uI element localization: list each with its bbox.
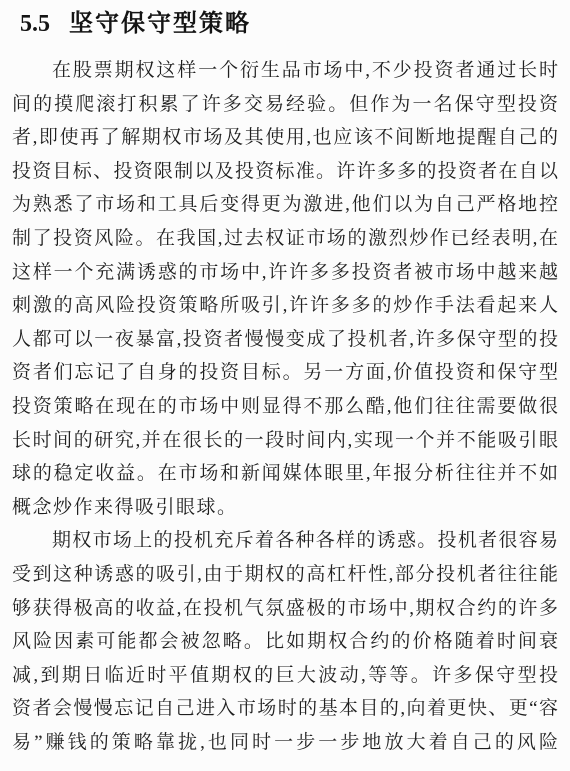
- text-line: 长时间的研究,并在很长的一段时间内,实现一个并不能吸引眼: [12, 424, 558, 458]
- section-title: 坚守保守型策略: [69, 10, 251, 37]
- text-line: 减,到期日临近时平值期权的巨大波动,等等。许多保守型投: [12, 659, 558, 693]
- paragraph: 在股票期权这样一个衍生品市场中,不少投资者通过长时间的摸爬滚打积累了许多交易经验…: [12, 54, 558, 524]
- text-line: 资者们忘记了自身的投资目标。另一方面,价值投资和保守型: [12, 356, 558, 390]
- text-line: 这样一个充满诱惑的市场中,许许多多投资者被市场中越来越: [12, 256, 558, 290]
- text-line: 够获得极高的收益,在投机气氛盛极的市场中,期权合约的许多: [12, 592, 558, 626]
- paragraph: 期权市场上的投机充斥着各种各样的诱惑。投机者很容易受到这种诱惑的吸引,由于期权的…: [12, 524, 558, 759]
- text-line: 在股票期权这样一个衍生品市场中,不少投资者通过长时: [12, 54, 558, 88]
- body-text: 在股票期权这样一个衍生品市场中,不少投资者通过长时间的摸爬滚打积累了许多交易经验…: [12, 54, 558, 759]
- section-number: 5.5: [20, 9, 50, 39]
- text-line: 人都可以一夜暴富,投资者慢慢变成了投机者,许多保守型的投: [12, 323, 558, 357]
- document-page: 5.5坚守保守型策略 在股票期权这样一个衍生品市场中,不少投资者通过长时间的摸爬…: [0, 0, 570, 771]
- text-line: 风险因素可能都会被忽略。比如期权合约的价格随着时间衰: [12, 625, 558, 659]
- section-heading: 5.5坚守保守型策略: [20, 9, 558, 39]
- text-line: 间的摸爬滚打积累了许多交易经验。但作为一名保守型投资: [12, 88, 558, 122]
- text-line: 易”赚钱的策略靠拢,也同时一步一步地放大着自己的风险: [12, 726, 558, 760]
- text-line: 概念炒作来得吸引眼球。: [12, 491, 558, 525]
- text-line: 刺激的高风险投资策略所吸引,许许多多的炒作手法看起来人: [12, 289, 558, 323]
- text-line: 为熟悉了市场和工具后变得更为激进,他们以为自己严格地控: [12, 188, 558, 222]
- text-line: 投资目标、投资限制以及投资标准。许许多多的投资者在自以: [12, 155, 558, 189]
- text-line: 者,即使再了解期权市场及其使用,也应该不间断地提醒自己的: [12, 121, 558, 155]
- text-line: 投资策略在现在的市场中则显得不那么酷,他们往往需要做很: [12, 390, 558, 424]
- text-line: 受到这种诱惑的吸引,由于期权的高杠杆性,部分投机者往往能: [12, 558, 558, 592]
- text-line: 球的稳定收益。在市场和新闻媒体眼里,年报分析往往并不如: [12, 457, 558, 491]
- text-line: 资者会慢慢忘记自己进入市场时的基本目的,向着更快、更“容: [12, 692, 558, 726]
- text-line: 期权市场上的投机充斥着各种各样的诱惑。投机者很容易: [12, 524, 558, 558]
- text-line: 制了投资风险。在我国,过去权证市场的激烈炒作已经表明,在: [12, 222, 558, 256]
